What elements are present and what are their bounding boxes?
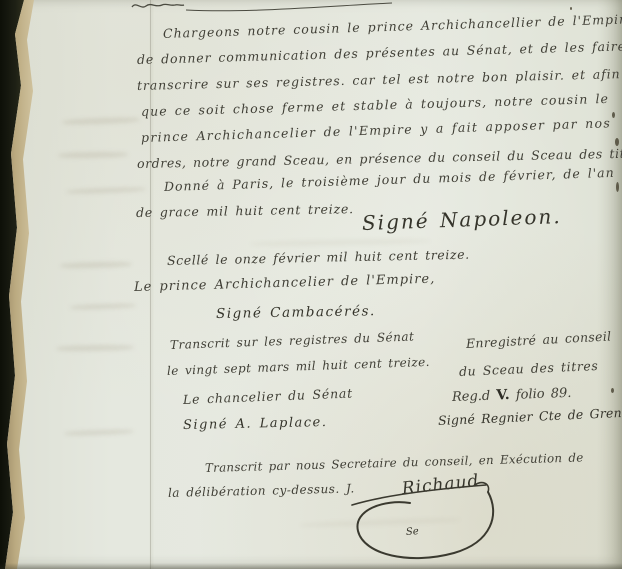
registry-prefix: Reg.d [452, 389, 491, 405]
manuscript-scan: Chargeons notre cousin le prince Archich… [0, 0, 622, 569]
signature-laplace: Signé A. Laplace. [183, 415, 328, 433]
signature-flourish [348, 478, 498, 564]
ink-speck [570, 7, 572, 10]
ink-speck [615, 138, 619, 146]
ink-speck [612, 112, 615, 118]
cropped-previous-line-flourish [128, 0, 398, 16]
registry-folio: folio 89. [516, 386, 572, 403]
ink-speck [611, 388, 614, 393]
registry-volume: V. [496, 387, 510, 403]
ink-speck [616, 182, 619, 192]
scan-bottom-shadow [0, 563, 622, 569]
signature-cambaceres: Signé Cambacérés. [216, 303, 376, 322]
